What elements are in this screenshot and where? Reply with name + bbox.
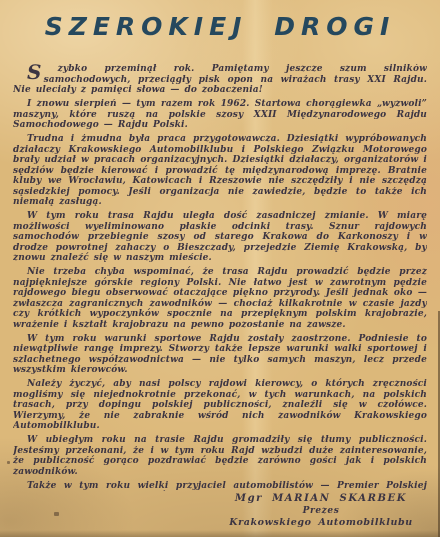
paragraph: W tym roku warunki sportowe Rajdu został… [13,334,427,376]
paragraph-text: Trudna i żmudna była praca przygotowawcz… [13,134,427,207]
paragraph: Trudna i żmudna była praca przygotowawcz… [13,134,427,208]
document-title: SZEROKIEJ DROGI [0,0,440,41]
signature-name: Mgr MARIAN SKARBEK [216,492,426,505]
paragraph: W ubiegłym roku na trasie Rajdu gromadzi… [13,435,427,477]
paragraph-text: Nie trzeba chyba wspominać, że trasa Raj… [13,267,427,330]
paragraph: I znowu sierpień — tym razem rok 1962. S… [13,99,427,131]
paragraph-text: Należy życzyć, aby nasi polscy rajdowi k… [13,379,427,431]
paragraph-text: W tym roku warunki sportowe Rajdu został… [13,334,427,376]
signature-role: Prezes [216,505,426,517]
paragraph: Nie trzeba chyba wspominać, że trasa Raj… [13,267,427,330]
scan-speck [54,512,59,516]
paragraph-text: W ubiegłym roku na trasie Rajdu gromadzi… [13,435,427,477]
dropcap-letter: S [13,64,44,81]
paragraph-text: W tym roku trasa Rajdu uległa dość zasad… [13,211,427,263]
paragraph-text: zybko przeminął rok. Pamiętamy jeszcze s… [13,64,427,95]
scan-speck [7,461,10,464]
paragraph-text: Także w tym roku wielki przyjaciel autom… [13,481,427,492]
paragraph: W tym roku trasa Rajdu uległa dość zasad… [13,211,427,264]
paragraph: Należy życzyć, aby nasi polscy rajdowi k… [13,379,427,432]
scanned-document-page: SZEROKIEJ DROGI Szybko przeminął rok. Pa… [0,0,440,537]
document-body: Szybko przeminął rok. Pamiętamy jeszcze … [13,64,427,491]
paragraph: Szybko przeminął rok. Pamiętamy jeszcze … [13,64,427,96]
signature-block: Mgr MARIAN SKARBEK Prezes Krakowskiego A… [216,492,426,529]
paragraph-text: I znowu sierpień — tym razem rok 1962. S… [13,99,427,130]
signature-organization: Krakowskiego Automobilklubu [216,517,426,529]
paragraph: Także w tym roku wielki przyjaciel autom… [13,481,427,492]
